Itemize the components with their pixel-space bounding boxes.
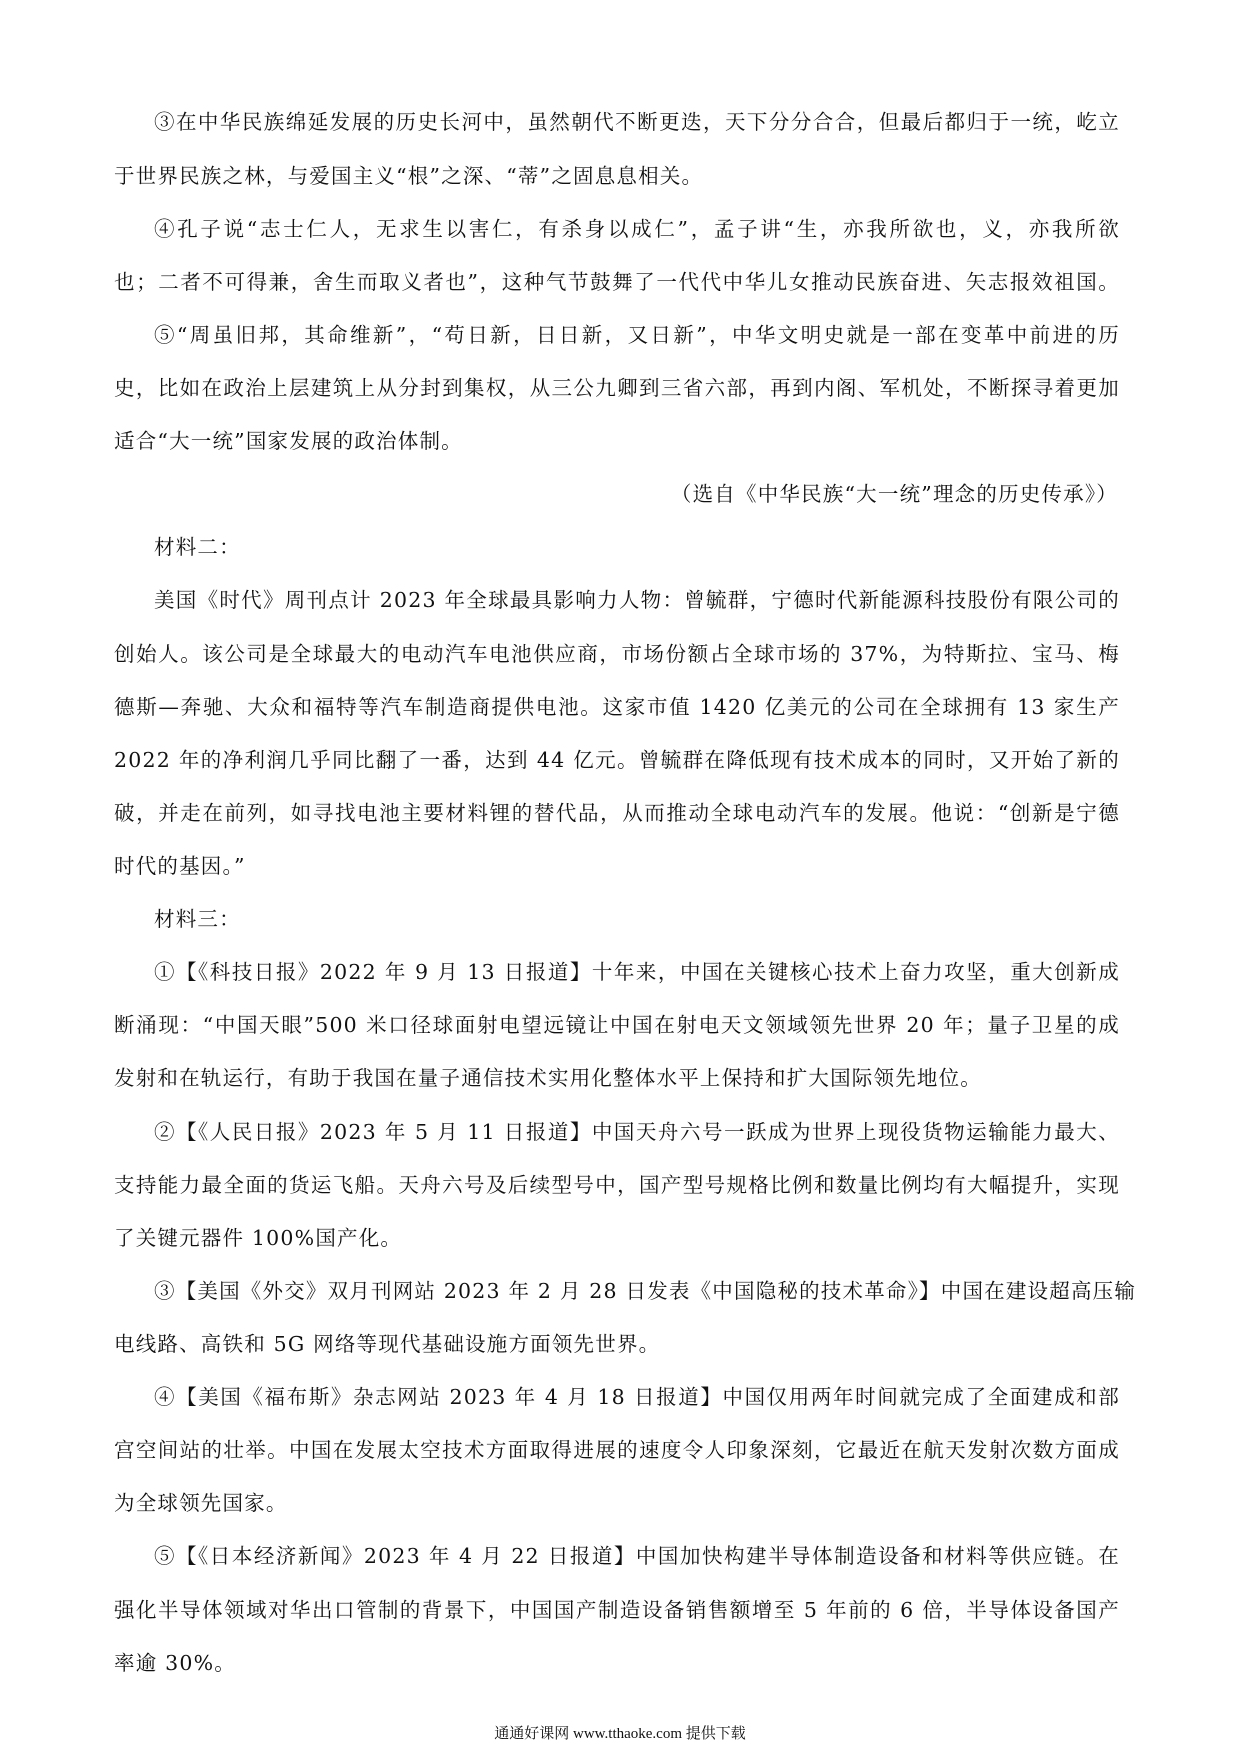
footer-watermark: 通通好课网 www.tthaoke.com 提供下载: [0, 1722, 1240, 1743]
paragraph-4-line-2: 也；二者不可得兼，舍生而取义者也”，这种气节鼓舞了一代代中华儿女推动民族奋进、矢…: [114, 268, 1120, 296]
paragraph-4-line-1: ④孔子说“志士仁人，无求生以害仁，有杀身以成仁”，孟子讲“生，亦我所欲也，义，亦…: [154, 215, 1120, 243]
material-two-line-1: 美国《时代》周刊点计 2023 年全球最具影响力人物：曾毓群，宁德时代新能源科技…: [154, 586, 1120, 614]
item-1-line-1: ①【《科技日报》2022 年 9 月 13 日报道】十年来，中国在关键核心技术上…: [154, 958, 1120, 986]
paragraph-3-line-2: 于世界民族之林，与爱国主义“根”之深、“蒂”之固息息相关。: [114, 162, 703, 190]
item-2-line-2: 支持能力最全面的货运飞船。天舟六号及后续型号中，国产型号规格比例和数量比例均有大…: [114, 1171, 1120, 1199]
item-5-line-1: ⑤【《日本经济新闻》2023 年 4 月 22 日报道】中国加快构建半导体制造设…: [154, 1542, 1120, 1570]
item-1-line-2: 断涌现：“中国天眼”500 米口径球面射电望远镜让中国在射电天文领域领先世界 2…: [114, 1011, 1120, 1039]
material-three-heading: 材料三：: [154, 905, 241, 933]
item-4-line-2: 宫空间站的壮举。中国在发展太空技术方面取得进展的速度令人印象深刻，它最近在航天发…: [114, 1436, 1120, 1464]
item-5-line-3: 率逾 30%。: [114, 1649, 236, 1677]
material-two-line-3: 德斯—奔驰、大众和福特等汽车制造商提供电池。这家市值 1420 亿美元的公司在全…: [114, 693, 1120, 721]
material-two-line-2: 创始人。该公司是全球最大的电动汽车电池供应商，市场份额占全球市场的 37%，为特…: [114, 640, 1120, 668]
source-citation: （选自《中华民族“大一统”理念的历史传承》）: [671, 480, 1118, 508]
item-4-line-1: ④【美国《福布斯》杂志网站 2023 年 4 月 18 日报道】中国仅用两年时间…: [154, 1383, 1120, 1411]
item-3-line-2: 电线路、高铁和 5G 网络等现代基础设施方面领先世界。: [114, 1330, 660, 1358]
material-two-line-6: 时代的基因。”: [114, 852, 246, 880]
item-1-line-3: 发射和在轨运行，有助于我国在量子通信技术实用化整体水平上保持和扩大国际领先地位。: [114, 1064, 982, 1092]
item-2-line-1: ②【《人民日报》2023 年 5 月 11 日报道】中国天舟六号一跃成为世界上现…: [154, 1118, 1120, 1146]
paragraph-3-line-1: ③在中华民族绵延发展的历史长河中，虽然朝代不断更迭，天下分分合合，但最后都归于一…: [154, 108, 1120, 136]
document-page: ③在中华民族绵延发展的历史长河中，虽然朝代不断更迭，天下分分合合，但最后都归于一…: [0, 0, 1240, 1754]
material-two-line-4: 2022 年的净利润几乎同比翻了一番，达到 44 亿元。曾毓群在降低现有技术成本…: [114, 746, 1120, 774]
material-two-line-5: 破，并走在前列，如寻找电池主要材料锂的替代品，从而推动全球电动汽车的发展。他说：…: [114, 799, 1120, 827]
item-3-line-1: ③【美国《外交》双月刊网站 2023 年 2 月 28 日发表《中国隐秘的技术革…: [154, 1277, 1136, 1305]
item-5-line-2: 强化半导体领域对华出口管制的背景下，中国国产制造设备销售额增至 5 年前的 6 …: [114, 1596, 1120, 1624]
item-2-line-3: 了关键元器件 100%国产化。: [114, 1224, 402, 1252]
paragraph-5-line-3: 适合“大一统”国家发展的政治体制。: [114, 427, 463, 455]
material-two-heading: 材料二：: [154, 533, 241, 561]
paragraph-5-line-2: 史，比如在政治上层建筑上从分封到集权，从三公九卿到三省六部，再到内阁、军机处，不…: [114, 374, 1120, 402]
paragraph-5-line-1: ⑤“周虽旧邦，其命维新”，“苟日新，日日新，又日新”，中华文明史就是一部在变革中…: [154, 321, 1120, 349]
item-4-line-3: 为全球领先国家。: [114, 1489, 288, 1517]
